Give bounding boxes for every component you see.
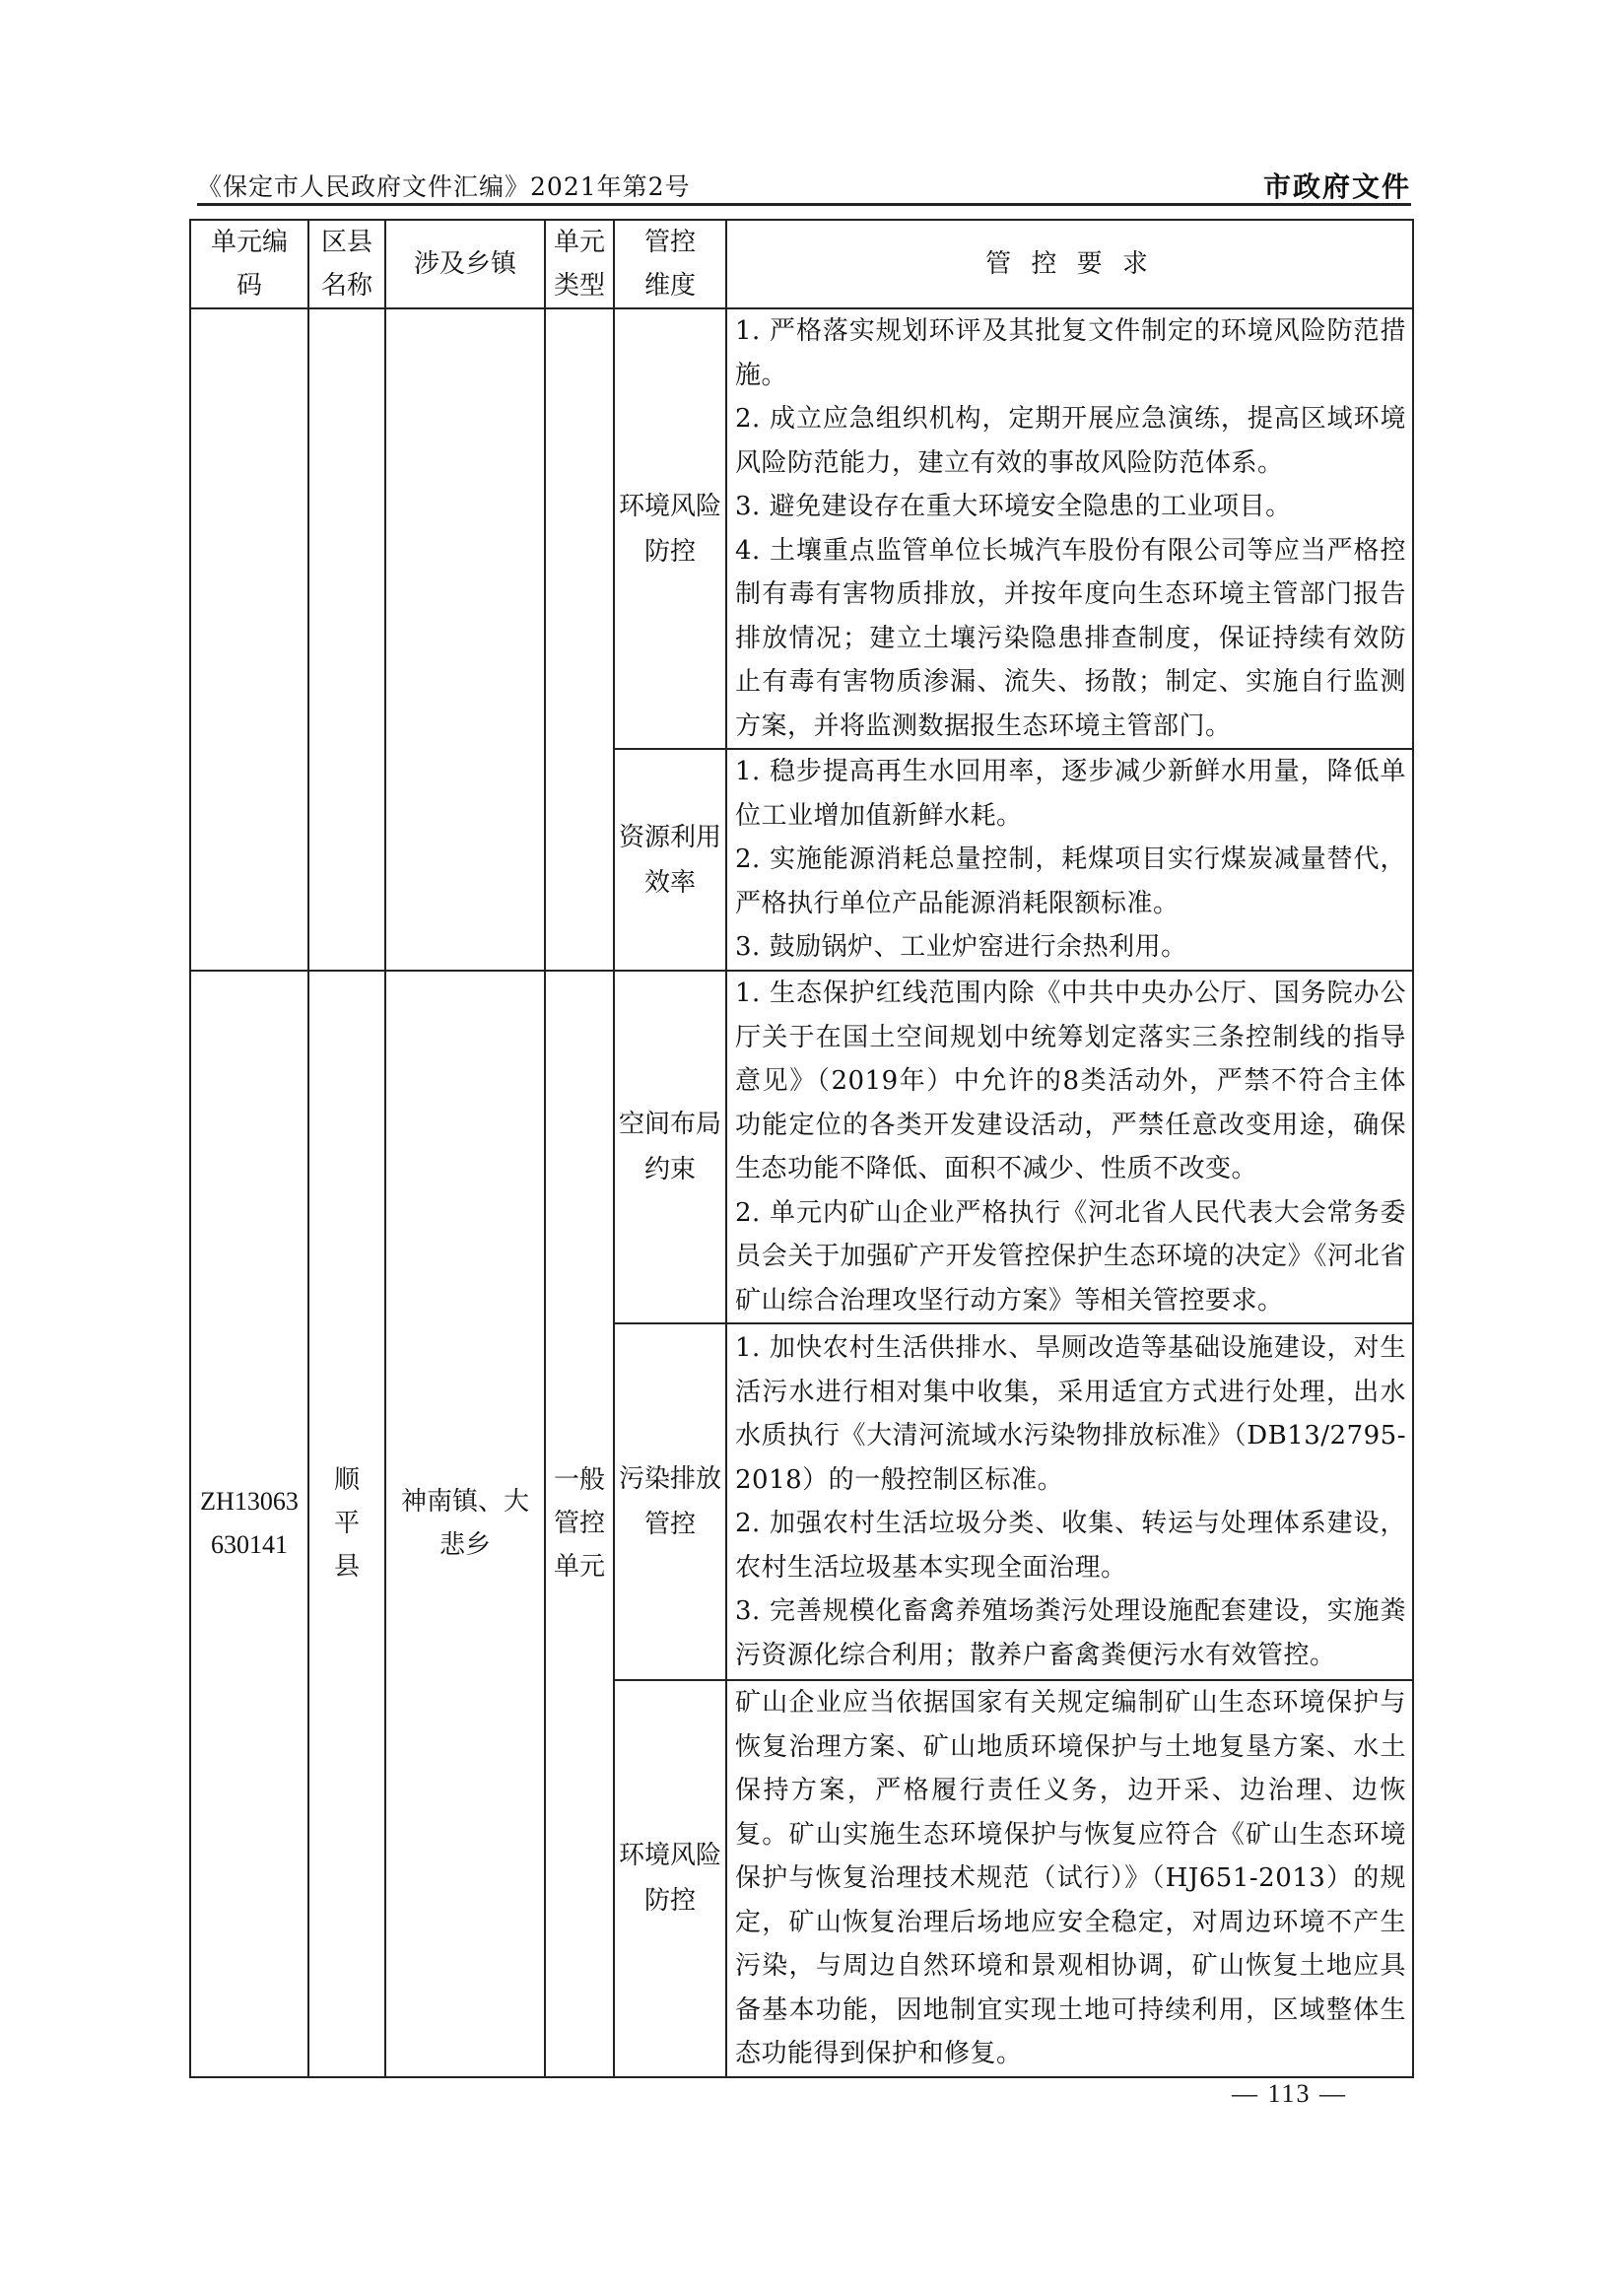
- dimension-cell: 资源利用效率: [614, 749, 726, 971]
- header-rule: [197, 203, 1411, 206]
- section-label: 市政府文件: [1263, 166, 1411, 205]
- control-requirements-table: 单元编码 区县名称 涉及乡镇 单元类型 管控维度 管 控 要 求 环境风险防控 …: [189, 219, 1414, 2078]
- header-towns: 涉及乡镇: [385, 220, 545, 308]
- running-head: 《保定市人民政府文件汇编》2021年第2号 市政府文件: [197, 166, 1411, 201]
- requirement-item: 3. 避免建设存在重大环境安全隐患的工业项目。: [735, 485, 1406, 529]
- requirement-item: 1. 加快农村生活供排水、旱厕改造等基础设施建设，对生活污水进行相对集中收集，采…: [735, 1326, 1406, 1502]
- requirements-cell: 1. 严格落实规划环评及其批复文件制定的环境风险防范措施。 2. 成立应急组织机…: [726, 308, 1413, 749]
- table-row: 环境风险防控 1. 严格落实规划环评及其批复文件制定的环境风险防范措施。 2. …: [190, 308, 1413, 749]
- towns-cell: [385, 308, 545, 971]
- requirement-item: 2. 加强农村生活垃圾分类、收集、转运与处理体系建设，农村生活垃圾基本实现全面治…: [735, 1502, 1406, 1589]
- requirement-item: 1. 严格落实规划环评及其批复文件制定的环境风险防范措施。: [735, 309, 1406, 397]
- requirement-item: 2. 实施能源消耗总量控制，耗煤项目实行煤炭减量替代，严格执行单位产品能源消耗限…: [735, 838, 1406, 925]
- header-dimension: 管控维度: [614, 220, 726, 308]
- dimension-cell: 环境风险防控: [614, 1680, 726, 2077]
- requirements-cell: 1. 生态保护红线范围内除《中共中央办公厅、国务院办公厅关于在国土空间规划中统筹…: [726, 971, 1413, 1323]
- requirement-item: 4. 土壤重点监管单位长城汽车股份有限公司等应当严格控制有毒有害物质排放，并按年…: [735, 529, 1406, 749]
- requirement-item: 3. 鼓励锅炉、工业炉窑进行余热利用。: [735, 925, 1406, 970]
- requirement-item: 2. 单元内矿山企业严格执行《河北省人民代表大会常务委员会关于加强矿产开发管控保…: [735, 1191, 1406, 1323]
- unit-type-cell: 一般管控单元: [545, 971, 614, 2077]
- publication-title: 《保定市人民政府文件汇编》2021年第2号: [197, 168, 691, 203]
- dimension-cell: 环境风险防控: [614, 308, 726, 749]
- requirements-cell: 矿山企业应当依据国家有关规定编制矿山生态环境保护与恢复治理方案、矿山地质环境保护…: [726, 1680, 1413, 2077]
- page-number: — 113 —: [1232, 2079, 1347, 2109]
- requirement-item: 矿山企业应当依据国家有关规定编制矿山生态环境保护与恢复治理方案、矿山地质环境保护…: [735, 1681, 1406, 2076]
- county-cell: 顺平县: [308, 971, 385, 2077]
- header-unit-type: 单元类型: [545, 220, 614, 308]
- header-unit-code: 单元编码: [190, 220, 308, 308]
- header-requirements: 管 控 要 求: [726, 220, 1413, 308]
- requirement-item: 1. 生态保护红线范围内除《中共中央办公厅、国务院办公厅关于在国土空间规划中统筹…: [735, 972, 1406, 1191]
- header-county: 区县名称: [308, 220, 385, 308]
- requirements-cell: 1. 稳步提高再生水回用率，逐步减少新鲜水用量，降低单位工业增加值新鲜水耗。 2…: [726, 749, 1413, 971]
- requirement-item: 3. 完善规模化畜禽养殖场粪污处理设施配套建设，实施粪污资源化综合利用；散养户畜…: [735, 1589, 1406, 1677]
- county-cell: [308, 308, 385, 971]
- table-header-row: 单元编码 区县名称 涉及乡镇 单元类型 管控维度 管 控 要 求: [190, 220, 1413, 308]
- table-row: ZH13063 630141 顺平县 神南镇、大悲乡 一般管控单元 空间布局约束…: [190, 971, 1413, 1323]
- requirement-item: 2. 成立应急组织机构，定期开展应急演练，提高区域环境风险防范能力，建立有效的事…: [735, 397, 1406, 485]
- dimension-cell: 空间布局约束: [614, 971, 726, 1323]
- requirements-cell: 1. 加快农村生活供排水、旱厕改造等基础设施建设，对生活污水进行相对集中收集，采…: [726, 1323, 1413, 1680]
- towns-cell: 神南镇、大悲乡: [385, 971, 545, 2077]
- unit-type-cell: [545, 308, 614, 971]
- dimension-cell: 污染排放管控: [614, 1323, 726, 1680]
- requirement-item: 1. 稳步提高再生水回用率，逐步减少新鲜水用量，降低单位工业增加值新鲜水耗。: [735, 750, 1406, 838]
- unit-code-cell: [190, 308, 308, 971]
- unit-code-cell: ZH13063 630141: [190, 971, 308, 2077]
